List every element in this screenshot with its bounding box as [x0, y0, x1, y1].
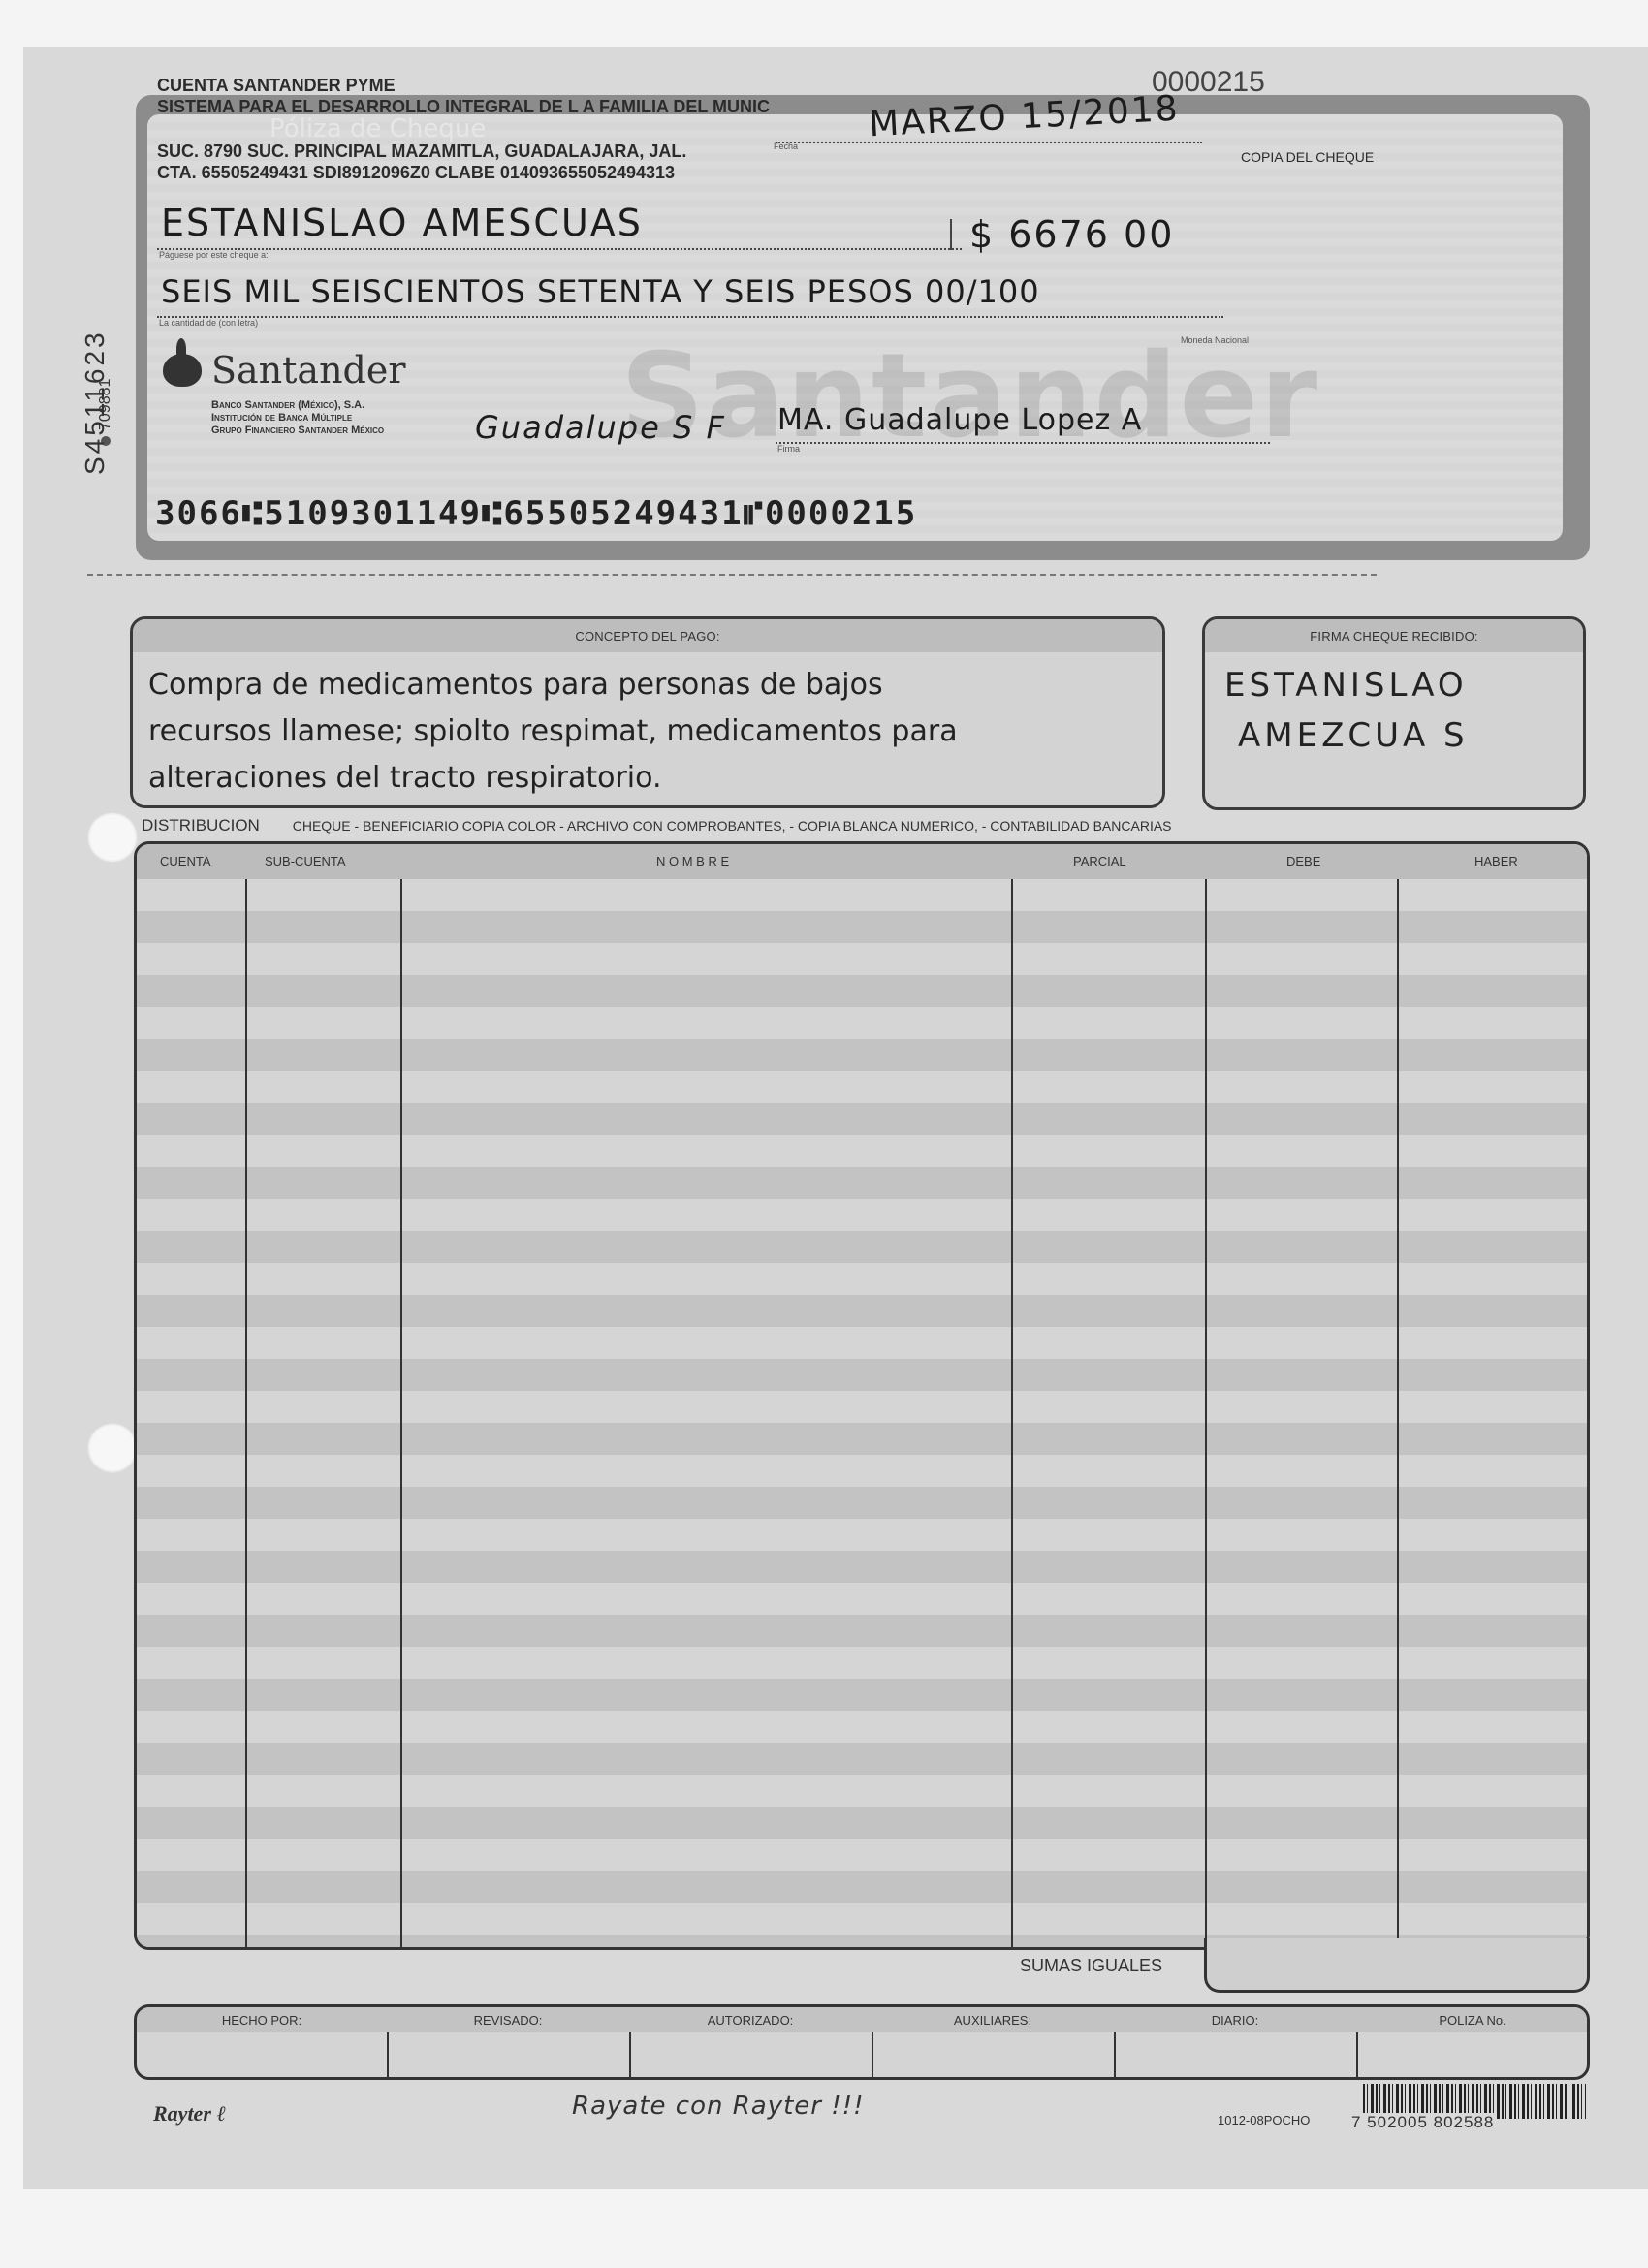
poliza-title: Póliza de Cheque	[269, 114, 486, 143]
side-serial: S4511623	[79, 145, 118, 475]
perforation-line	[87, 574, 1377, 576]
approvals-box: HECHO POR: REVISADO: AUTORIZADO: AUXILIA…	[134, 2004, 1590, 2080]
rayter-slogan: Rayate con Rayter !!!	[572, 2092, 865, 2121]
sumas-iguales-label: SUMAS IGUALES	[1020, 1956, 1162, 1976]
signature-label: Firma	[777, 444, 800, 454]
col-divider	[400, 879, 402, 1947]
col-divider	[1397, 879, 1399, 1947]
amount-box-divider	[950, 219, 952, 250]
concepto-line: Compra de medicamentos para personas de …	[148, 662, 958, 709]
punch-hole-bottom	[87, 1423, 138, 1473]
firma-recibido-box: FIRMA CHEQUE RECIBIDO: ESTANISLAO AMEZCU…	[1202, 616, 1586, 810]
distribucion-line: DISTRIBUCION CHEQUE - BENEFICIARIO COPIA…	[142, 816, 1172, 835]
col-divider	[1011, 879, 1013, 1947]
copy-label: COPIA DEL CHEQUE	[1241, 149, 1374, 165]
firma-line: AMEZCUA S	[1224, 710, 1469, 761]
amount-words-label: La cantidad de (con letra)	[159, 318, 258, 328]
santander-wordmark: Santander	[211, 349, 406, 392]
col-sub-cuenta: SUB-CUENTA	[265, 854, 346, 868]
distribucion-text: CHEQUE - BENEFICIARIO COPIA COLOR - ARCH…	[293, 818, 1172, 834]
barcode-digits: 7 502005 802588	[1349, 2113, 1496, 2132]
payee-line	[157, 248, 962, 250]
ledger-table: CUENTA SUB-CUENTA N O M B R E PARCIAL DE…	[134, 841, 1590, 1950]
col-haber: HABER	[1474, 854, 1518, 868]
approval-label: REVISADO:	[387, 2013, 629, 2028]
micr-line: 3066⑆5109301149⑆65505249431⑈0000215	[155, 494, 917, 533]
bank-line: Grupo Financiero Santander México	[211, 425, 384, 437]
approval-label: AUXILIARES:	[872, 2013, 1114, 2028]
concepto-text: Compra de medicamentos para personas de …	[148, 662, 958, 802]
concepto-line: alteraciones del tracto respiratorio.	[148, 755, 958, 802]
approval-divider	[872, 2032, 873, 2077]
signature-left: Guadalupe S F	[475, 409, 726, 446]
ledger-header: CUENTA SUB-CUENTA N O M B R E PARCIAL DE…	[137, 844, 1587, 879]
payee-label: Páguese por este cheque a:	[159, 250, 269, 260]
col-cuenta: CUENTA	[160, 854, 210, 868]
rayter-logo: Rayter ℓ	[153, 2101, 226, 2126]
amount-words-line	[157, 316, 1223, 318]
distribucion-label: DISTRIBUCION	[142, 816, 260, 835]
col-nombre: N O M B R E	[656, 854, 729, 868]
currency-label: Moneda Nacional	[1181, 335, 1249, 345]
ledger-rows	[137, 879, 1587, 1947]
signature-line	[776, 442, 1270, 444]
amount-handwritten: $ 6676 00	[969, 213, 1174, 256]
approval-label: AUTORIZADO:	[629, 2013, 872, 2028]
approval-diario: DIARIO:	[1114, 2007, 1356, 2077]
bank-line: Institución de Banca Múltiple	[211, 412, 384, 425]
approval-divider	[387, 2032, 389, 2077]
bank-line: Banco Santander (México), S.A.	[211, 399, 384, 412]
payee-handwritten: ESTANISLAO AMESCUAS	[161, 202, 643, 244]
santander-logo: Santander	[163, 349, 406, 392]
account-line: CTA. 65505249431 SDI8912096Z0 CLABE 0140…	[157, 163, 675, 183]
rayter-feather-icon: ℓ	[216, 2101, 225, 2126]
branch-line: SUC. 8790 SUC. PRINCIPAL MAZAMITLA, GUAD…	[157, 142, 686, 162]
col-debe: DEBE	[1286, 854, 1320, 868]
approval-hecho-por: HECHO POR:	[137, 2007, 387, 2077]
approval-autorizado: AUTORIZADO:	[629, 2007, 872, 2077]
col-divider	[245, 879, 247, 1947]
col-divider	[1205, 879, 1207, 1947]
approval-label: POLIZA No.	[1356, 2013, 1589, 2028]
punch-hole-top	[87, 812, 138, 863]
firma-recibido-header: FIRMA CHEQUE RECIBIDO:	[1205, 619, 1583, 652]
approval-revisado: REVISADO:	[387, 2007, 629, 2077]
date-line	[776, 142, 1202, 143]
concepto-line: recursos llamese; spiolto respimat, medi…	[148, 709, 958, 755]
account-type: CUENTA SANTANDER PYME	[157, 76, 396, 96]
approval-label: DIARIO:	[1114, 2013, 1356, 2028]
firma-line: ESTANISLAO	[1224, 660, 1469, 710]
firma-recibido-text: ESTANISLAO AMEZCUA S	[1224, 660, 1469, 761]
amount-words-handwritten: SEIS MIL SEISCIENTOS SETENTA Y SEIS PESO…	[161, 273, 1040, 310]
sumas-iguales-box	[1204, 1938, 1590, 1993]
approval-label: HECHO POR:	[137, 2013, 387, 2028]
signature-right: MA. Guadalupe Lopez A	[777, 403, 1142, 437]
concepto-header: CONCEPTO DEL PAGO:	[133, 619, 1162, 652]
form-code: 1012-08POCHO	[1218, 2113, 1310, 2127]
concepto-box: CONCEPTO DEL PAGO: Compra de medicamento…	[130, 616, 1165, 808]
rayter-brand: Rayter	[153, 2101, 211, 2126]
santander-flame-icon	[163, 354, 202, 387]
approval-auxiliares: AUXILIARES:	[872, 2007, 1114, 2077]
col-parcial: PARCIAL	[1073, 854, 1126, 868]
approval-divider	[1356, 2032, 1358, 2077]
approval-divider	[629, 2032, 631, 2077]
approval-poliza-no: POLIZA No.	[1356, 2007, 1589, 2077]
approval-divider	[1114, 2032, 1116, 2077]
bank-legal-lines: Banco Santander (México), S.A. Instituci…	[211, 399, 384, 437]
